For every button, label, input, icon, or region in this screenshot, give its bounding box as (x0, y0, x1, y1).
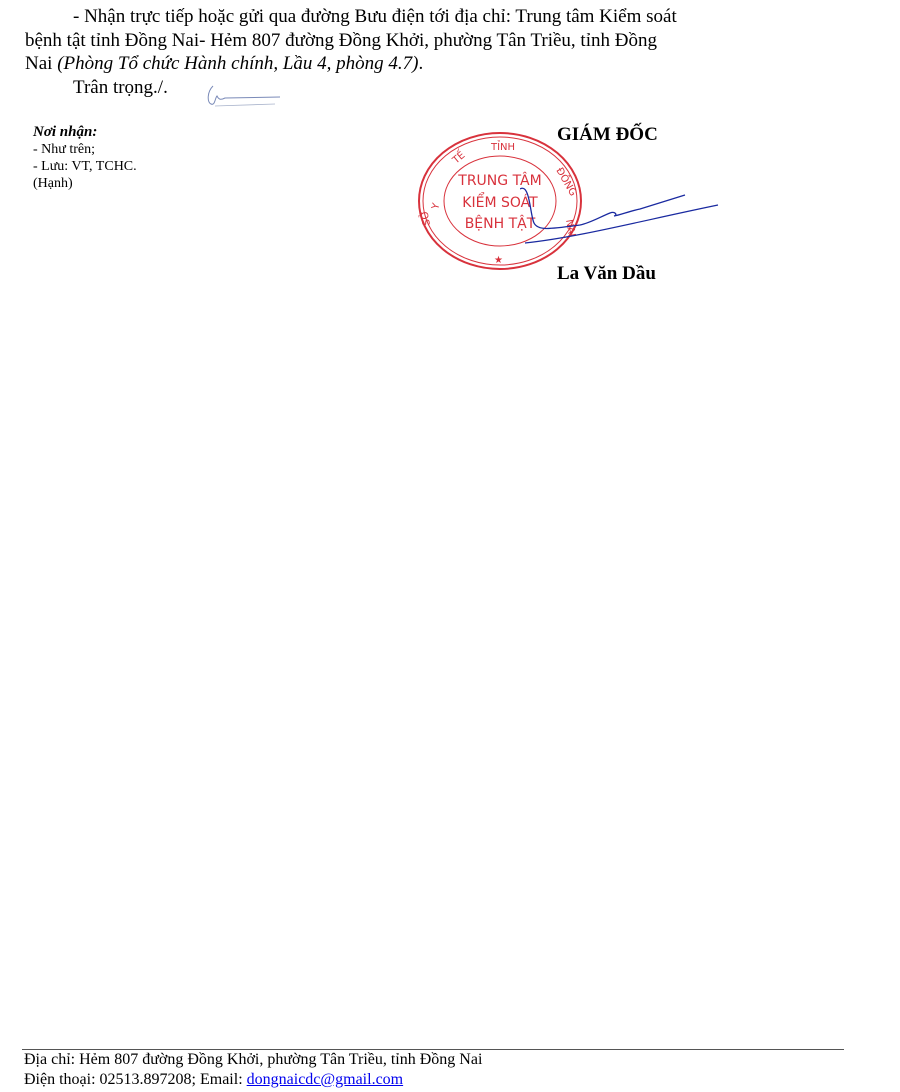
footer-divider (22, 1049, 844, 1050)
body-line-1: - Nhận trực tiếp hoặc gửi qua đường Bưu … (73, 6, 677, 28)
svg-text:Y: Y (430, 201, 443, 212)
svg-text:SỞ: SỞ (416, 209, 432, 227)
body-line-2: bệnh tật tỉnh Đồng Nai- Hẻm 807 đường Đồ… (25, 30, 657, 52)
email-link[interactable]: dongnaicdc@gmail.com (247, 1071, 403, 1088)
recipient-item: (Hạnh) (33, 175, 137, 192)
initial-mark-icon (205, 80, 285, 110)
svg-text:TẾ: TẾ (448, 147, 468, 167)
recipient-item: - Lưu: VT, TCHC. (33, 158, 137, 175)
recipients-block: Nơi nhận: - Như trên; - Lưu: VT, TCHC. (… (33, 124, 137, 192)
body-line-3-start: Nai (25, 53, 57, 74)
office-location: (Phòng Tổ chức Hành chính, Lầu 4, phòng … (57, 53, 418, 74)
signature-icon (520, 185, 725, 250)
recipients-title: Nơi nhận: (33, 124, 137, 141)
svg-text:TỈNH: TỈNH (490, 139, 515, 153)
body-line-3: Nai (Phòng Tổ chức Hành chính, Lầu 4, ph… (25, 53, 423, 75)
closing: Trân trọng./. (73, 77, 168, 99)
signer-name: La Văn Dầu (557, 263, 656, 285)
footer-phone: Điện thoại: 02513.897208; Email: (24, 1071, 247, 1088)
svg-text:★: ★ (494, 255, 503, 266)
footer-address: Địa chỉ: Hẻm 807 đường Đồng Khởi, phường… (24, 1051, 482, 1069)
footer-contact: Điện thoại: 02513.897208; Email: dongnai… (24, 1071, 403, 1089)
recipient-item: - Như trên; (33, 141, 137, 158)
body-line-3-end: . (419, 53, 424, 74)
